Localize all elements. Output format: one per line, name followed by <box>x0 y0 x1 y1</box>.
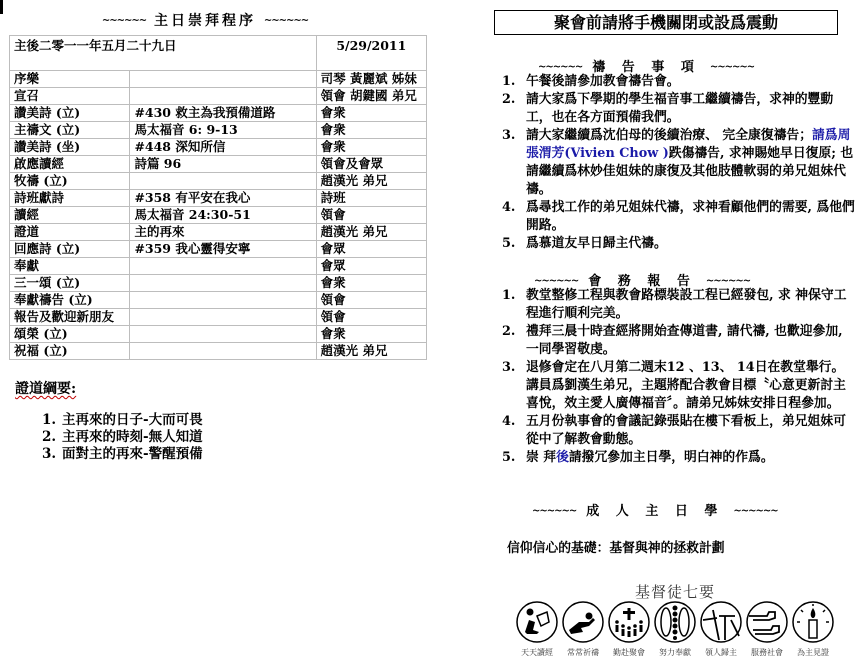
program-content <box>130 275 316 292</box>
essential-item: 勤赴聚會 <box>607 600 651 658</box>
program-leader: 會眾 <box>316 241 426 258</box>
program-row: 回應詩 (立)#359 我心靈得安寧會眾 <box>10 241 427 258</box>
program-leader: 領會 <box>316 292 426 309</box>
program-leader: 領會 胡鍵國 弟兄 <box>316 88 426 105</box>
offering-icon <box>653 600 697 644</box>
program-content: #359 我心靈得安寧 <box>130 241 316 258</box>
program-row: 宣召領會 胡鍵國 弟兄 <box>10 88 427 105</box>
program-content: 馬太福音 6: 9-13 <box>130 122 316 139</box>
affairs-item: 1.教堂整修工程與教會路標裝設工程已經發包, 求 神保守工程進行順利完美。 <box>500 287 855 323</box>
program-item: 序樂 <box>10 71 130 88</box>
program-row: 啟應讀經詩篇 96領會及會眾 <box>10 156 427 173</box>
program-row: 讚美詩 (坐)#448 深知所信會衆 <box>10 139 427 156</box>
program-content <box>130 309 316 326</box>
decoration-left: ~~~~~~ <box>102 16 146 27</box>
prayer-item: 3.請大家繼續爲沈伯母的後續治療、 完全康復禱告；請爲周張渭芳(Vivien C… <box>500 127 855 199</box>
program-row: 頌榮 (立)會衆 <box>10 326 427 343</box>
date: 5/29/2011 <box>316 36 426 71</box>
program-item: 奉獻 <box>10 258 130 275</box>
program-row: 三一頌 (立)會衆 <box>10 275 427 292</box>
program-item: 詩班獻詩 <box>10 190 130 207</box>
decoration-right: ~~~~~~ <box>264 16 308 27</box>
program-rows: 序樂司琴 黃麗斌 姊妹宣召領會 胡鍵國 弟兄讚美詩 (立)#430 救主為我預備… <box>10 71 427 360</box>
text-cursor-marker <box>0 0 3 14</box>
phone-notice-box: 聚會前請將手機關閉或設爲震動 <box>494 10 838 35</box>
essential-item: 努力奉獻 <box>653 600 697 658</box>
program-item: 報告及歡迎新朋友 <box>10 309 130 326</box>
sermon-point: 1.主再來的日子-大而可畏 <box>42 412 203 429</box>
program-content <box>130 88 316 105</box>
gathering-icon <box>607 600 651 644</box>
affairs-item: 2.禮拜三晨十時查經將開始查傳道書, 請代禱, 也歡迎參加, 一同學習敬虔。 <box>500 323 855 359</box>
program-leader: 會衆 <box>316 122 426 139</box>
program-item: 宣召 <box>10 88 130 105</box>
program-row: 牧禱 (立)趙漢光 弟兄 <box>10 173 427 190</box>
sermon-outline-list: 1.主再來的日子-大而可畏 2.主再來的時刻-無人知道 3.面對主的再來-警醒預… <box>42 412 203 463</box>
program-item: 頌榮 (立) <box>10 326 130 343</box>
reading-bible-icon <box>515 600 559 644</box>
sermon-point: 2.主再來的時刻-無人知道 <box>42 429 203 446</box>
program-leader: 趙漢光 弟兄 <box>316 343 426 360</box>
order-of-worship-table: 主後二零一一年五月二十九日 5/29/2011 序樂司琴 黃麗斌 姊妹宣召領會 … <box>9 35 427 360</box>
program-item: 奉獻禱告 (立) <box>10 292 130 309</box>
chinese-date: 主後二零一一年五月二十九日 <box>10 36 317 71</box>
candle-witness-icon <box>791 600 835 644</box>
affairs-item: 4.五月份執事會的會議記錄張貼在樓下看板上，弟兄姐妹可從中了解教會動態。 <box>500 413 855 449</box>
program-row: 詩班獻詩#358 有平安在我心詩班 <box>10 190 427 207</box>
program-item: 主禱文 (立) <box>10 122 130 139</box>
sunday-school-title: ~~~~~~成 人 主 日 學~~~~~~ <box>522 500 788 519</box>
essential-item: 服務社會 <box>745 600 789 658</box>
essential-item: 天天讀經 <box>515 600 559 658</box>
program-leader: 領會 <box>316 207 426 224</box>
program-content: #448 深知所信 <box>130 139 316 156</box>
program-item: 祝福 (立) <box>10 343 130 360</box>
sermon-outline-heading: 證道綱要: <box>15 378 76 398</box>
prayer-item: 1.午餐後請參加教會禱告會。 <box>500 73 855 91</box>
essential-item: 常常祈禱 <box>561 600 605 658</box>
program-item: 讚美詩 (立) <box>10 105 130 122</box>
program-content <box>130 173 316 190</box>
program-leader: 會衆 <box>316 105 426 122</box>
affairs-item: 3.退修會定在八月第二週末12 、13、 14日在教堂舉行。講員爲劉漢生弟兄，主… <box>500 359 855 413</box>
date-row: 主後二零一一年五月二十九日 5/29/2011 <box>10 36 427 71</box>
prayer-item: 4.爲尋找工作的弟兄姐妹代禱，求神看顧他們的需要, 爲他們開路。 <box>500 199 855 235</box>
order-of-worship-title: ~~~~~~ 主日崇拜程序 ~~~~~~ <box>60 10 350 30</box>
program-item: 牧禱 (立) <box>10 173 130 190</box>
program-leader: 詩班 <box>316 190 426 207</box>
sermon-point: 3.面對主的再來-警醒預備 <box>42 446 203 463</box>
program-leader: 會衆 <box>316 275 426 292</box>
program-content <box>130 326 316 343</box>
program-leader: 領會 <box>316 309 426 326</box>
program-content <box>130 343 316 360</box>
program-row: 報告及歡迎新朋友領會 <box>10 309 427 326</box>
program-content: #358 有平安在我心 <box>130 190 316 207</box>
program-item: 證道 <box>10 224 130 241</box>
evangelism-icon <box>699 600 743 644</box>
essential-item: 領人歸主 <box>699 600 743 658</box>
program-item: 啟應讀經 <box>10 156 130 173</box>
serving-icon <box>745 600 789 644</box>
program-row: 讚美詩 (立)#430 救主為我預備道路會衆 <box>10 105 427 122</box>
sunday-school-topic: 信仰信心的基礎：基督與神的拯救計劃 <box>507 537 725 556</box>
program-content: 主的再來 <box>130 224 316 241</box>
program-item: 讚美詩 (坐) <box>10 139 130 156</box>
program-leader: 會眾 <box>316 258 426 275</box>
program-row: 序樂司琴 黃麗斌 姊妹 <box>10 71 427 88</box>
program-leader: 會衆 <box>316 139 426 156</box>
program-leader: 領會及會眾 <box>316 156 426 173</box>
program-item: 回應詩 (立) <box>10 241 130 258</box>
program-content: 詩篇 96 <box>130 156 316 173</box>
program-leader: 司琴 黃麗斌 姊妹 <box>316 71 426 88</box>
program-row: 主禱文 (立)馬太福音 6: 9-13會衆 <box>10 122 427 139</box>
program-content <box>130 71 316 88</box>
seven-essentials-title: 基督徒七要 <box>600 581 750 602</box>
affairs-item: 5.崇 拜後請撥冗參加主日學，明白神的作爲。 <box>500 449 855 467</box>
program-content <box>130 258 316 275</box>
program-leader: 趙漢光 弟兄 <box>316 224 426 241</box>
program-leader: 會衆 <box>316 326 426 343</box>
program-item: 讀經 <box>10 207 130 224</box>
program-row: 奉獻會眾 <box>10 258 427 275</box>
affairs-list: 1.教堂整修工程與教會路標裝設工程已經發包, 求 神保守工程進行順利完美。 2.… <box>500 287 855 467</box>
prayer-item: 5.爲慕道友早日歸主代禱。 <box>500 235 855 253</box>
essential-item: 為主見證 <box>791 600 835 658</box>
prayer-list: 1.午餐後請參加教會禱告會。 2.請大家爲下學期的學生福音事工繼續禱告，求神的豐… <box>500 73 855 253</box>
program-content: #430 救主為我預備道路 <box>130 105 316 122</box>
program-content <box>130 292 316 309</box>
program-content: 馬太福音 24:30-51 <box>130 207 316 224</box>
seven-essentials-icons: 天天讀經 常常祈禱 勤赴聚會 努力奉獻 領人歸主 服務社會 為主見證 <box>515 600 835 658</box>
praying-icon <box>561 600 605 644</box>
program-leader: 趙漢光 弟兄 <box>316 173 426 190</box>
program-item: 三一頌 (立) <box>10 275 130 292</box>
program-row: 祝福 (立)趙漢光 弟兄 <box>10 343 427 360</box>
program-row: 證道主的再來趙漢光 弟兄 <box>10 224 427 241</box>
program-row: 奉獻禱告 (立)領會 <box>10 292 427 309</box>
program-row: 讀經馬太福音 24:30-51領會 <box>10 207 427 224</box>
prayer-item: 2.請大家爲下學期的學生福音事工繼續禱告，求神的豐動工，也在各方面預備我們。 <box>500 91 855 127</box>
